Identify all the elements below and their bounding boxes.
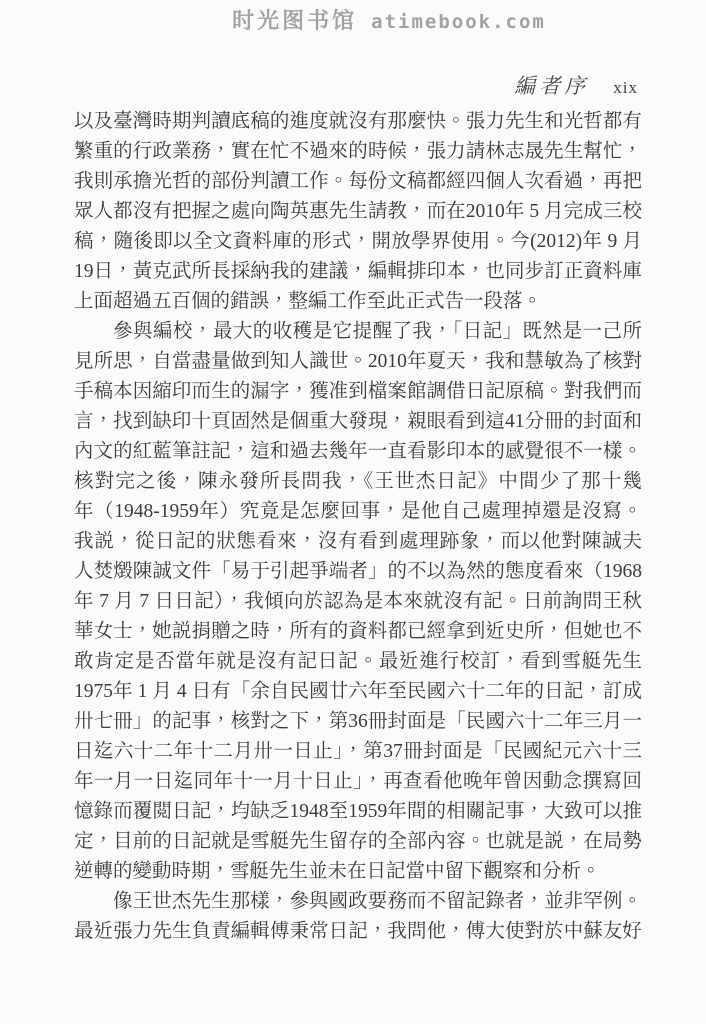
text-line: 憶錄而覆閲日記，均缺乏1948至1959年間的相關記事，大致可以推	[74, 797, 642, 827]
text-line: 卅七冊」的記事，核對之下，第36冊封面是「民國六十二年三月一	[74, 707, 642, 737]
book-page: 时光图书馆 atimebook.com 編者序 xix 以及臺灣時期判讀底稿的進…	[0, 0, 706, 1024]
text-line: 敢肯定是否當年就是沒有記日記。最近進行校訂，看到雪艇先生	[74, 647, 642, 677]
watermark-site-name: 时光图书馆	[232, 8, 357, 33]
text-line: 華女士，她説捐贈之時，所有的資料都已經拿到近史所，但她也不	[74, 617, 642, 647]
text-line: 手稿本因縮印而生的漏字，獲准到檔案館調借日記原稿。對我們而	[74, 377, 642, 407]
text-line: 核對完之後，陳永發所長問我，《王世杰日記》中間少了那十幾	[74, 467, 642, 497]
text-line: 定，目前的日記就是雪艇先生留存的全部內容。也就是説，在局勢	[74, 827, 642, 857]
text-line: 繁重的行政業務，實在忙不過來的時候，張力請林志晟先生幫忙，	[74, 137, 642, 167]
text-line: 年（1948-1959年）究竟是怎麼回事，是他自己處理掉還是沒寫。	[74, 497, 642, 527]
text-line: 見所思，自當盡量做到知人識世。2010年夏天，我和慧敏為了核對	[74, 347, 642, 377]
watermark: 时光图书馆 atimebook.com	[0, 4, 706, 35]
text-line: 像王世杰先生那樣，參與國政要務而不留記錄者，並非罕例。	[74, 887, 642, 917]
text-line: 逆轉的變動時期，雪艇先生並未在日記當中留下觀察和分析。	[74, 857, 642, 887]
page-number: xix	[613, 78, 638, 97]
text-line: 1975年 1 月 4 日有「余自民國廿六年至民國六十二年的日記，訂成	[74, 677, 642, 707]
text-line: 年一月一日迄同年十一月十日止」，再查看他晚年曾因動念撰寫回	[74, 767, 642, 797]
text-line: 以及臺灣時期判讀底稿的進度就沒有那麼快。張力先生和光哲都有	[74, 107, 642, 137]
text-line: 年 7 月 7 日日記），我傾向於認為是本來就沒有記。日前詢問王秋	[74, 587, 642, 617]
text-line: 最近張力先生負責編輯傅秉常日記，我問他，傅大使對於中蘇友好	[74, 917, 642, 947]
running-head: 編者序 xix	[0, 70, 638, 100]
watermark-site-url: atimebook.com	[371, 11, 546, 33]
text-line: 19日，黃克武所長採納我的建議，編輯排印本，也同步訂正資料庫	[74, 257, 642, 287]
text-line: 內文的紅藍筆註記，這和過去幾年一直看影印本的感覺很不一樣。	[74, 437, 642, 467]
body-paragraphs: 以及臺灣時期判讀底稿的進度就沒有那麼快。張力先生和光哲都有繁重的行政業務，實在忙…	[74, 107, 642, 947]
text-line: 日迄六十二年十二月卅一日止」，第37冊封面是「民國紀元六十三	[74, 737, 642, 767]
text-line: 眾人都沒有把握之處向陶英惠先生請教，而在2010年 5 月完成三校	[74, 197, 642, 227]
text-line: 我説，從日記的狀態看來，沒有看到處理跡象，而以他對陳誠夫	[74, 527, 642, 557]
text-line: 人焚燬陳誠文件「易于引起爭端者」的不以為然的態度看來（1968	[74, 557, 642, 587]
text-line: 參與編校，最大的收穫是它提醒了我，「日記」既然是一己所	[74, 317, 642, 347]
text-line: 稿，隨後即以全文資料庫的形式，開放學界使用。今(2012)年 9 月	[74, 227, 642, 257]
text-line: 我則承擔光哲的部份判讀工作。每份文稿都經四個人次看過，再把	[74, 167, 642, 197]
text-line: 上面超過五百個的錯誤，整編工作至此正式告一段落。	[74, 287, 642, 317]
text-line: 言，找到缺印十頁固然是個重大發現，親眼看到這41分冊的封面和	[74, 407, 642, 437]
chapter-title: 編者序	[514, 74, 589, 98]
